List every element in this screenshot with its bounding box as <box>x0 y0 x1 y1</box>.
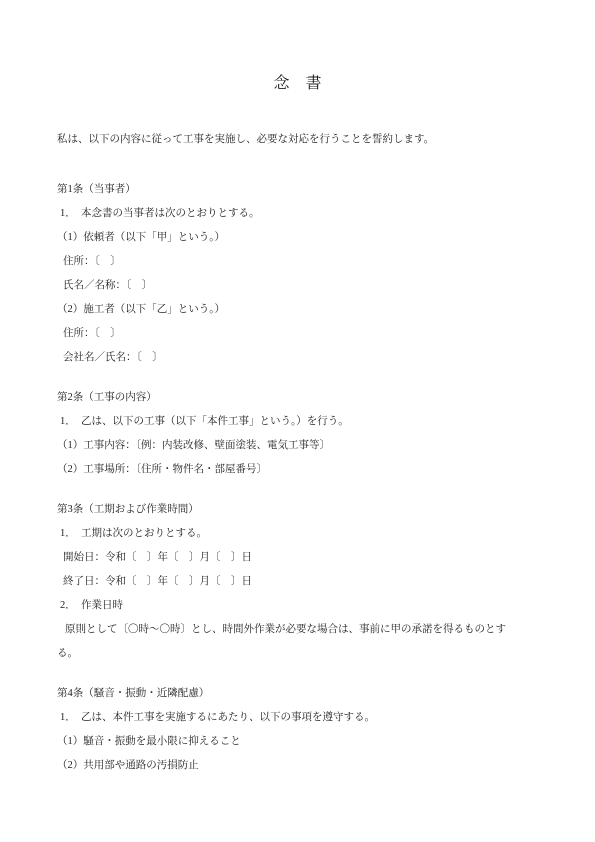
clause-heading: 第4条（騒音・振動・近隣配慮） <box>57 682 538 706</box>
clause-line: 終了日：令和〔 〕年〔 〕月〔 〕日 <box>57 570 538 594</box>
clause-line: る。 <box>57 642 538 666</box>
clause-line: （2）工事場所：〔住所・物件名・部屋番号〕 <box>57 458 538 482</box>
clause-line: 開始日：令和〔 〕年〔 〕月〔 〕日 <box>57 546 538 570</box>
clause-heading: 第2条（工事の内容） <box>57 386 538 410</box>
document-title: 念 書 <box>57 0 538 94</box>
clause-line: （2）施工者（以下「乙」という。） <box>57 298 538 322</box>
clause-line: 1． 本念書の当事者は次のとおりとする。 <box>57 202 538 226</box>
clause-line: 住所：〔 〕 <box>57 250 538 274</box>
clause-line: （2）共用部や通路の汚損防止 <box>57 754 538 778</box>
clause-line: 原則として〔〇時～〇時〕とし、時間外作業が必要な場合は、事前に甲の承諾を得るもの… <box>57 618 538 642</box>
clause-line: 1． 工期は次のとおりとする。 <box>57 522 538 546</box>
clause-line: （1）工事内容：〔例：内装改修、壁面塗装、電気工事等〕 <box>57 434 538 458</box>
clause-section-2: 第2条（工事の内容） 1． 乙は、以下の工事（以下「本件工事」という。）を行う。… <box>57 386 538 482</box>
pledge-statement: 私は、以下の内容に従って工事を実施し、必要な対応を行うことを誓約します。 <box>57 128 538 152</box>
document-content: 念 書 私は、以下の内容に従って工事を実施し、必要な対応を行うことを誓約します。… <box>0 0 595 778</box>
clause-section-1: 第1条（当事者） 1． 本念書の当事者は次のとおりとする。 （1）依頼者（以下「… <box>57 178 538 370</box>
clause-line: 1． 乙は、本件工事を実施するにあたり、以下の事項を遵守する。 <box>57 706 538 730</box>
clause-line: （1）依頼者（以下「甲」という。） <box>57 226 538 250</box>
clause-heading: 第1条（当事者） <box>57 178 538 202</box>
clause-line: 住所：〔 〕 <box>57 322 538 346</box>
clause-line: （1）騒音・振動を最小限に抑えること <box>57 730 538 754</box>
clause-line: 1． 乙は、以下の工事（以下「本件工事」という。）を行う。 <box>57 410 538 434</box>
clause-section-3: 第3条（工期および作業時間） 1． 工期は次のとおりとする。 開始日：令和〔 〕… <box>57 498 538 666</box>
clause-heading: 第3条（工期および作業時間） <box>57 498 538 522</box>
clause-line: 2． 作業日時 <box>57 594 538 618</box>
clause-line: 氏名／名称：〔 〕 <box>57 274 538 298</box>
document-page: 念 書 私は、以下の内容に従って工事を実施し、必要な対応を行うことを誓約します。… <box>0 0 595 842</box>
clause-section-4: 第4条（騒音・振動・近隣配慮） 1． 乙は、本件工事を実施するにあたり、以下の事… <box>57 682 538 778</box>
clause-line: 会社名／氏名：〔 〕 <box>57 346 538 370</box>
